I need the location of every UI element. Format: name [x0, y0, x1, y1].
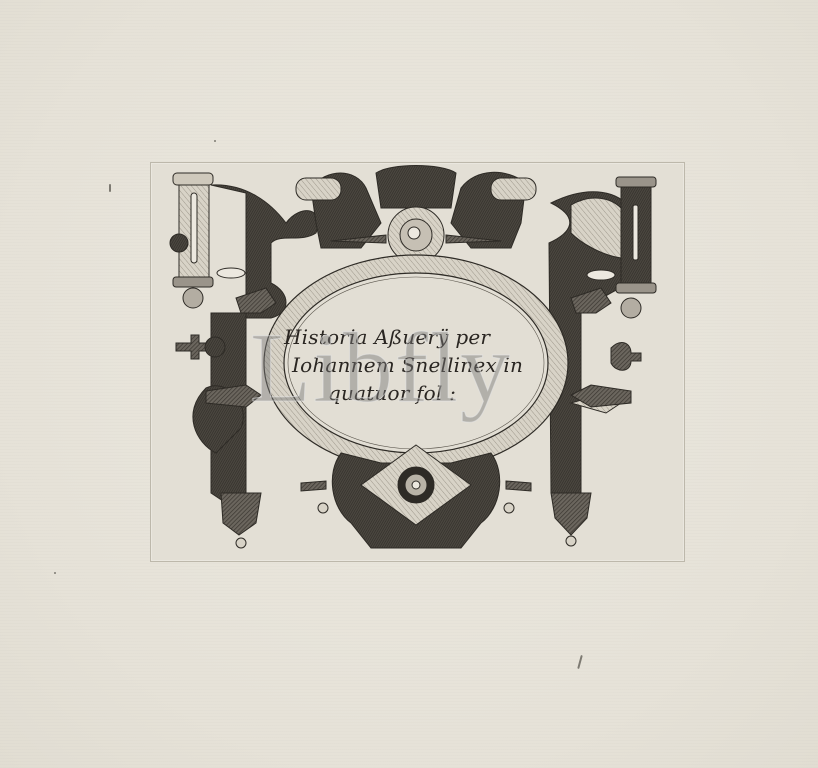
paper-speck [54, 572, 56, 574]
paper-speck [214, 140, 216, 142]
libfly-watermark: Libfly [250, 318, 512, 418]
paper-speck [109, 184, 111, 192]
